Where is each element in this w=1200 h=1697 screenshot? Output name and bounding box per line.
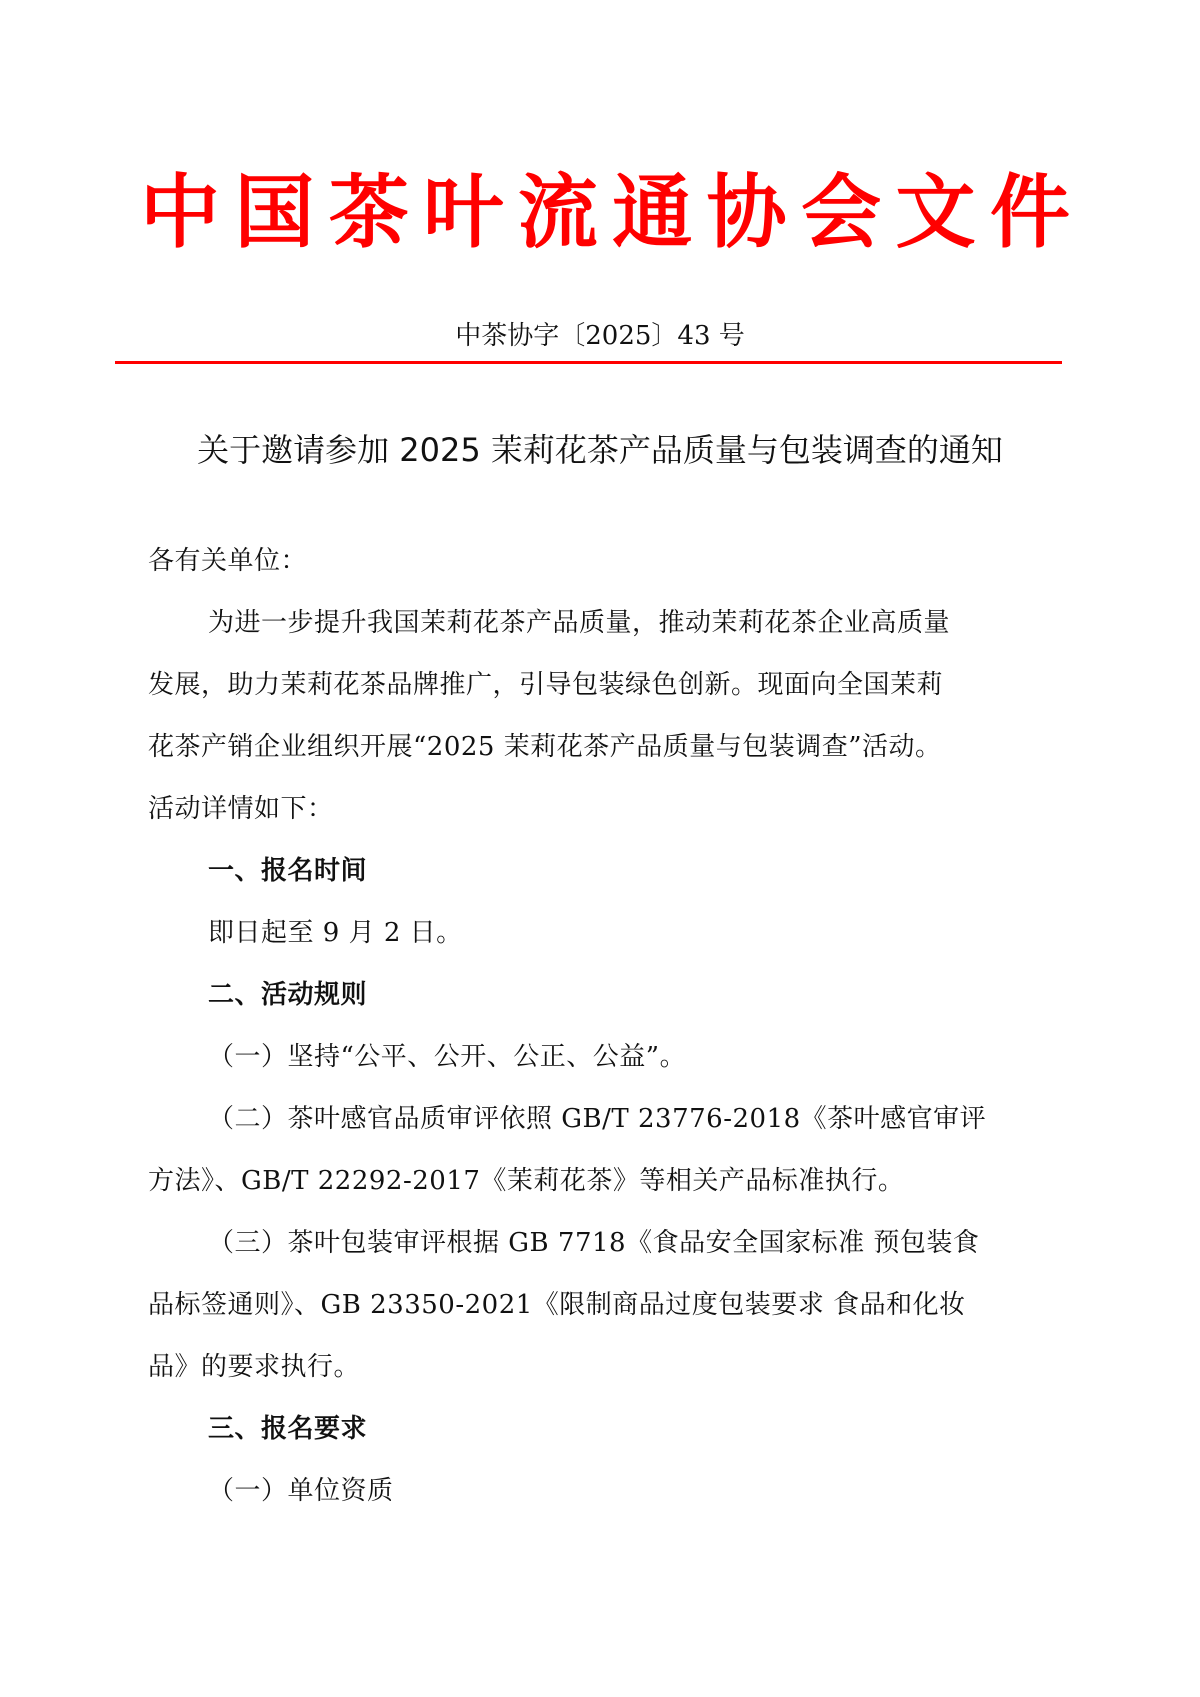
red-header-rule	[115, 361, 1062, 364]
masthead-char: 协	[707, 162, 787, 262]
intro-line: 活动详情如下：	[148, 778, 1060, 840]
section-heading-rules: 二、活动规则	[148, 964, 1060, 1026]
rule-item-3-line: 品》的要求执行。	[148, 1336, 1060, 1398]
rule-item-2-line: （二）茶叶感官品质审评依照 GB/T 23776-2018《茶叶感官审评	[148, 1088, 1060, 1150]
masthead-char: 叶	[423, 162, 503, 262]
intro-line: 为进一步提升我国茉莉花茶产品质量，推动茉莉花茶企业高质量	[148, 592, 1060, 654]
masthead-char: 通	[612, 162, 692, 262]
masthead: 中 国 茶 叶 流 通 协 会 文 件	[140, 162, 1070, 262]
rule-item-3-line: 品标签通则》、GB 23350-2021《限制商品过度包装要求 食品和化妆	[148, 1274, 1060, 1336]
rule-item-3-line: （三）茶叶包装审评根据 GB 7718《食品安全国家标准 预包装食	[148, 1212, 1060, 1274]
requirement-item-1: （一）单位资质	[148, 1460, 1060, 1522]
section-heading-requirements: 三、报名要求	[148, 1398, 1060, 1460]
notice-title: 关于邀请参加 2025 茉莉花茶产品质量与包装调查的通知	[0, 425, 1200, 475]
document-body: 各有关单位： 为进一步提升我国茉莉花茶产品质量，推动茉莉花茶企业高质量 发展，助…	[148, 530, 1060, 1522]
masthead-char: 国	[234, 162, 314, 262]
intro-line: 花茶产销企业组织开展“2025 茉莉花茶产品质量与包装调查”活动。	[148, 716, 1060, 778]
masthead-char: 文	[896, 162, 976, 262]
rule-item-2-line: 方法》、GB/T 22292-2017《茉莉花茶》等相关产品标准执行。	[148, 1150, 1060, 1212]
registration-time-text: 即日起至 9 月 2 日。	[148, 902, 1060, 964]
salutation: 各有关单位：	[148, 530, 1060, 592]
masthead-char: 流	[518, 162, 598, 262]
masthead-char: 会	[801, 162, 881, 262]
section-heading-registration-time: 一、报名时间	[148, 840, 1060, 902]
rule-item-1: （一）坚持“公平、公开、公正、公益”。	[148, 1026, 1060, 1088]
document-number: 中茶协字〔2025〕43 号	[0, 318, 1200, 354]
masthead-char: 茶	[329, 162, 409, 262]
masthead-char: 中	[140, 162, 220, 262]
masthead-char: 件	[990, 162, 1070, 262]
intro-line: 发展，助力茉莉花茶品牌推广，引导包装绿色创新。现面向全国茉莉	[148, 654, 1060, 716]
